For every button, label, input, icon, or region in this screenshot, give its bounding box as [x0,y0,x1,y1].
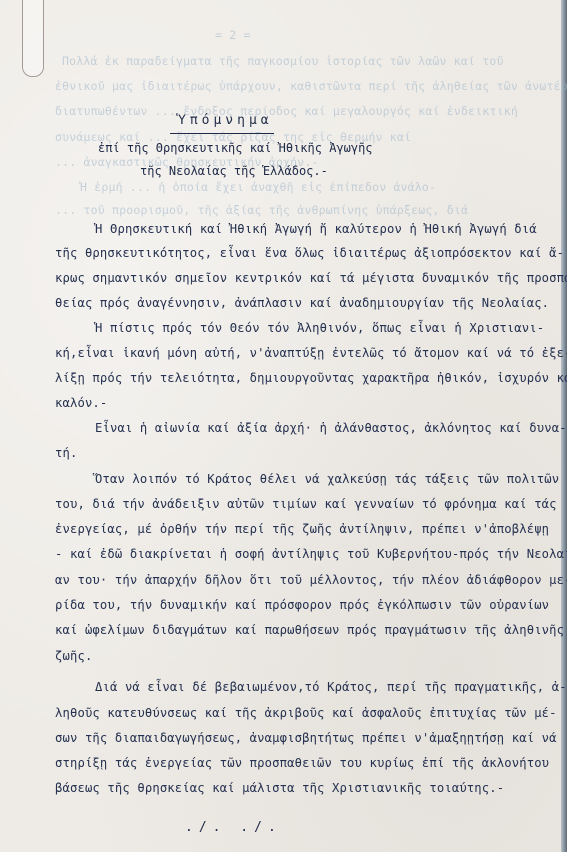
body-line: Ἡ πίστις πρός τόν Θεόν τόν Ἀληθινόν, ὅπω… [95,321,544,335]
body-line: κρως σημαντικόν σημεῖον κεντρικόν καί τά… [55,271,567,285]
document-subtitle-line-2: τῆς Νεολαίας τῆς Ἑλλάδος.- [140,164,328,178]
body-line: Διά νά εἶναι δέ βεβαιωμένον,τό Κράτος, π… [95,680,567,694]
body-line: ρίδα του, τήν δυναμικήν καί πρόσφορον πρ… [55,598,549,612]
ghost-line: Πολλά ἐκ παραδείγματα τῆς παγκοσμίου ἱστ… [62,54,504,68]
body-line: θείας πρός ἀναγέννησιν, ἀνάπλασιν καί ἀν… [55,296,549,310]
body-line: τῆς θρησκευτικότητος, εἶναι ἕνα ὅλως ἰδι… [55,246,564,260]
body-line: ζωῆς. [55,649,92,663]
body-line: του, διά τήν ἀνάδειξιν αὐτῶν τιμίων καί … [55,497,557,511]
body-line: Ὅταν λοιπόν τό Κράτος θέλει νά χαλκεύσῃ … [95,472,559,486]
body-line: σων τῆς διαπαιδαγωγήσεως, ἀναμφισβητήτως… [55,731,557,745]
body-line: αν του· τήν ἀπαρχήν δῆλον ὅτι τοῦ μέλλον… [55,573,567,587]
body-line: κή,εἶναι ἱκανή μόνη αὐτή, ν'ἀναπτύξῃ ἐντ… [55,346,567,360]
ghost-line: ἐθνικοῦ μας ἰδιαιτέρως ὑπάρχουν, καθιστῶ… [55,79,567,93]
body-line: τή. [55,446,77,460]
body-line: βάσεως τῆς θρησκείας καί μάλιστα τῆς Χρι… [55,781,504,795]
ghost-page-number: = 2 = [215,28,251,42]
ghost-line: Ἡ ἑρμή ... ἡ ὁποία ἔχει ἀναχθῆ εἰς ἐπίπε… [80,180,436,194]
body-line: στηρίξῃ τάς ἐνεργείας τῶν προσπαθειῶν το… [55,756,549,770]
body-line: καλόν.- [55,396,107,410]
end-mark: ./. ./. [185,820,282,835]
document-subtitle-line-1: ἐπί τῆς Θρησκευτικῆς καί Ἠθικῆς Ἀγωγῆς [98,141,373,155]
body-line: - καί ἐδῶ διακρίνεται ἡ σοφή ἀντίληψις τ… [55,547,567,561]
ghost-line: ... τοῦ προορισμοῦ, τῆς ἀξίας τῆς ἀνθρωπ… [55,203,468,217]
document-page: = 2 = Πολλά ἐκ παραδείγματα τῆς παγκοσμί… [0,0,567,852]
body-line: ἐνεργείας, μέ ὀρθήν τήν περί τῆς ζωῆς ἀν… [55,522,549,536]
body-line: καί ὠφελίμων διδαγμάτων καί παρωθήσεων π… [55,623,564,637]
body-line: λίξῃ πρός τήν τελειότητα, δημιουργοῦντας… [55,371,567,385]
ghost-line: διατυπωθέντων ... ἔνδοξος περίοδος καί μ… [55,104,518,118]
title-underline [170,133,274,134]
body-line: Ἡ Θρησκευτική καί Ἠθική Ἀγωγή ἤ καλύτερο… [95,222,537,236]
paper-fold-mark [22,0,44,77]
document-title: Ὑπόμνημα [178,113,273,128]
body-line: ληθοῦς κατευθύνσεως καί τῆς ἀκριβοῦς καί… [55,706,557,720]
body-line: Εἶναι ἡ αἰωνία καί ἀξία ἀρχή· ἡ ἀλάνθαστ… [95,421,567,435]
